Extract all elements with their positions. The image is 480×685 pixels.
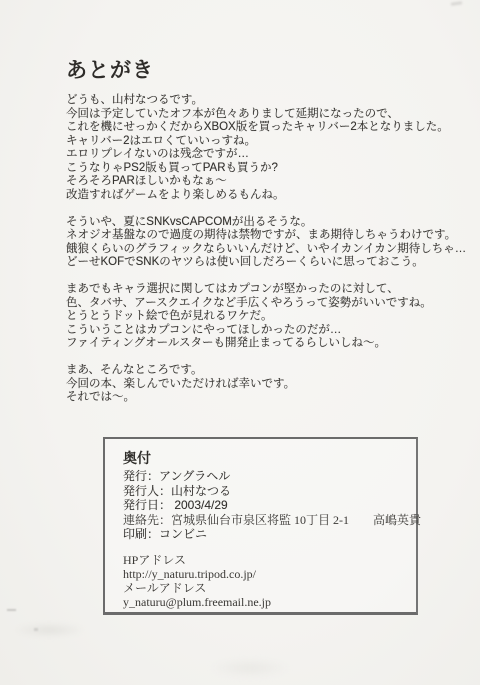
body-line: どーせKOFでSNKのヤツらは使い回しだろーくらいに思っておこう。 (66, 256, 461, 270)
body-line: ファイティングオールスターも開発止まってるらしいしね～。 (66, 337, 461, 351)
homepage-label: HPアドレス (123, 553, 406, 567)
colophon-print-line: 印刷：コンビニ (123, 527, 406, 542)
afterword-body: どうも、山村なつるです。 今回は予定していたオフ本が色々ありまして延期になったの… (66, 94, 461, 418)
colophon-publisher-line: 発行：アングラヘル (123, 469, 406, 484)
homepage-url: http://y_naturu.tripod.co.jp/ (123, 567, 406, 581)
body-line: そういや、夏にSNKvsCAPCOMが出るそうな。 (66, 216, 461, 230)
colophon-box: 奥付 発行：アングラヘル 発行人：山村なつる 発行日： 2003/4/29 連絡… (103, 437, 418, 615)
body-line: こういうことはカプコンにやってほしかったのだが… (66, 324, 461, 338)
body-line: とうとうドット絵で色が見れるワケだ。 (66, 310, 461, 324)
paragraph: そういや、夏にSNKvsCAPCOMが出るそうな。 ネオジオ基盤なので過度の期待… (66, 216, 461, 270)
body-line: どうも、山村なつるです。 (66, 94, 461, 108)
scan-smudge (7, 609, 16, 611)
scan-smudge (451, 1, 462, 6)
colophon-title: 奥付 (123, 450, 406, 466)
body-line: これを機にせっかくだからXBOX版を買ったキャリバー2本となりました。 (66, 121, 461, 135)
body-line: それでは～。 (66, 391, 461, 405)
colophon-date-line: 発行日： 2003/4/29 (123, 498, 406, 513)
email-label: メールアドレス (123, 581, 406, 595)
body-line: そろそろPARほしいかもなぁ～ (66, 175, 461, 189)
paragraph: まあでもキャラ選択に関してはカプコンが堅かったのに対して、 色、タバサ、アースク… (66, 283, 461, 351)
scan-smudge (210, 658, 290, 678)
scanned-afterword-page: あとがき どうも、山村なつるです。 今回は予定していたオフ本が色々ありまして延期… (0, 0, 480, 685)
body-line: まあでもキャラ選択に関してはカプコンが堅かったのに対して、 (66, 283, 461, 297)
body-line: 今回は予定していたオフ本が色々ありまして延期になったので、 (66, 108, 461, 122)
colophon-contact-line: 連絡先：宮城県仙台市泉区将監 10丁目 2-1 高嶋英貴 (123, 513, 406, 528)
body-line: 色、タバサ、アースクエイクなど手広くやろうって姿勢がいいですね。 (66, 297, 461, 311)
email-address: y_naturu@plum.freemail.ne.jp (123, 595, 406, 609)
body-line: こうなりゃPS2版も買ってPARも買うか? (66, 162, 461, 176)
paragraph: まあ、そんなところです。 今回の本、楽しんでいただければ幸いです。 それでは～。 (66, 364, 461, 405)
body-line: 今回の本、楽しんでいただければ幸いです。 (66, 378, 461, 392)
scan-smudge (14, 622, 84, 638)
body-line: まあ、そんなところです。 (66, 364, 461, 378)
body-line: キャリバー2はエロくていいっすね。 (66, 135, 461, 149)
body-line: ネオジオ基盤なので過度の期待は禁物ですが、まあ期待しちゃうわけです。 (66, 229, 461, 243)
body-line: エロリプレイないのは残念ですが… (66, 148, 461, 162)
body-line: 餓狼くらいのグラフィックならいいんだけど、いやイカンイカン期待しちゃ… (66, 243, 461, 257)
colophon-web-block: HPアドレス http://y_naturu.tripod.co.jp/ メール… (123, 553, 406, 609)
colophon-author-line: 発行人：山村なつる (123, 484, 406, 499)
scan-smudge (34, 628, 38, 631)
body-line: 改造すればゲームをより楽しめるもんね。 (66, 189, 461, 203)
afterword-title: あとがき (66, 54, 154, 84)
paragraph: どうも、山村なつるです。 今回は予定していたオフ本が色々ありまして延期になったの… (66, 94, 461, 202)
